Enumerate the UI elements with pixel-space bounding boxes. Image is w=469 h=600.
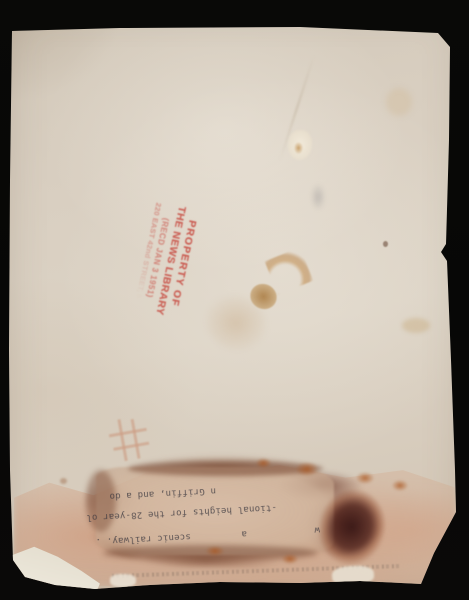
rust-spot bbox=[206, 546, 224, 556]
typed-caption-fragment-1: n Griffin, and a do bbox=[112, 485, 216, 500]
photo-back-paper: PROPERTY OF THE NEWS LIBRARY (RECD JAN 3… bbox=[0, 0, 469, 600]
paper-blemish-dot bbox=[294, 142, 303, 154]
speck bbox=[402, 318, 430, 333]
typed-caption-fragment-3: w a scenic railway. . bbox=[104, 524, 320, 545]
burn-stain-core bbox=[310, 481, 395, 573]
diffuse-stain bbox=[206, 296, 266, 350]
rust-spot bbox=[356, 472, 374, 484]
paper-blemish bbox=[288, 130, 312, 160]
speck bbox=[13, 21, 17, 26]
speck bbox=[386, 88, 412, 116]
news-library-property-stamp: PROPERTY OF THE NEWS LIBRARY (RECD JAN 3… bbox=[113, 189, 202, 328]
speck bbox=[383, 241, 388, 247]
torn-edge-sliver bbox=[110, 574, 136, 587]
hash-pencil-mark bbox=[107, 415, 152, 463]
typed-caption-fragment-2: -tional heights for the 28-year ol bbox=[93, 502, 277, 522]
rust-spot bbox=[296, 462, 318, 476]
photo-scan: PROPERTY OF THE NEWS LIBRARY (RECD JAN 3… bbox=[0, 0, 469, 600]
torn-edge-sliver bbox=[332, 565, 375, 586]
rust-spot bbox=[392, 480, 408, 491]
rust-spot bbox=[282, 554, 298, 564]
burn-stain-top-edge bbox=[128, 461, 323, 476]
crease-mark bbox=[279, 54, 316, 161]
crescent-stain bbox=[265, 247, 314, 295]
illegible-typed-credit-line bbox=[112, 564, 402, 578]
torn-corner-white bbox=[6, 540, 100, 596]
oval-stain bbox=[246, 279, 282, 314]
burn-stain-bottom-edge bbox=[103, 545, 318, 561]
rust-spot bbox=[256, 458, 271, 468]
water-stain-band bbox=[14, 460, 456, 586]
grey-smudge bbox=[311, 184, 325, 210]
speck bbox=[60, 478, 67, 484]
burn-stain-left-edge bbox=[86, 470, 116, 532]
